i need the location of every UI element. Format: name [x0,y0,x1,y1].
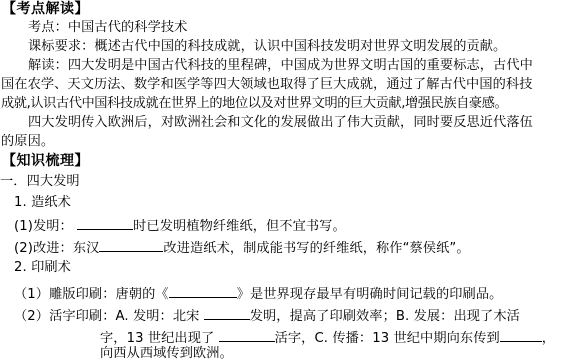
printing-q2-line1: （2）活字印刷：A. 发明：北宋 发明，提高了印刷效率；B. 发展：出现了木活 [14,306,520,325]
printing-q2-blank-1[interactable] [204,306,250,320]
interpretation-line-5: 的原因。 [1,134,54,150]
papermaking-q2-prefix: (2)改进：东汉 [14,241,99,256]
printing-q2-l2-prefix: 字，13 世纪出现了 [100,331,214,346]
printing-q2-l2-mid: 活字，C. 传播：13 世纪中期向东传到 [275,331,500,346]
curriculum-requirement-line: 课标要求：概述古代中国的科技成就，认识中国科技发明对世界文明发展的贡献。 [28,39,506,55]
item-papermaking-title: 1. 造纸术 [14,195,71,211]
papermaking-q2-blank[interactable] [99,238,163,252]
printing-q2-mid: 发明，提高了印刷效率；B. 发展：出现了木活 [250,309,520,324]
papermaking-q1: (1)发明： 时已发明植物纤维纸，但不宜书写。 [14,216,346,235]
interpretation-line-4: 四大发明传入欧洲后，对欧洲社会和文化的发展做出了伟大贡献，同时要反思近代落伍 [28,115,533,131]
printing-q2-line2: 字，13 世纪出现了 活字，C. 传播：13 世纪中期向东传到， [100,328,555,347]
printing-q1-prefix: （1）雕版印刷：唐朝的《 [14,287,169,302]
printing-q2-blank-3[interactable] [500,328,542,342]
interpretation-line-3: 成就,认识古代中国科技成就在世界上的地位以及对世界文明的巨大贡献,增强民族自豪感… [1,96,507,112]
printing-q2-l2-suffix: ， [542,331,555,346]
printing-q2-blank-2[interactable] [219,328,275,342]
printing-q1-blank[interactable] [169,284,237,298]
papermaking-q1-blank[interactable] [77,216,133,230]
heading-exam-points: 【考点解读】 [2,1,89,17]
printing-q2-prefix: （2）活字印刷：A. 发明：北宋 [14,309,199,324]
papermaking-q1-prefix: (1)发明： [14,219,73,234]
heading-knowledge-review: 【知识梳理】 [2,153,89,169]
item-printing-title: 2. 印刷术 [14,260,71,276]
exam-point-line: 考点：中国古代的科学技术 [28,20,187,36]
papermaking-q2-suffix: 改进造纸术，制成能书写的纤维纸，称作“蔡侯纸”。 [163,241,469,256]
printing-q1-suffix: 》是世界现存最早有明确时间记载的印刷品。 [237,287,503,302]
part-four-inventions: 一．四大发明 [0,174,80,190]
papermaking-q1-suffix: 时已发明植物纤维纸，但不宜书写。 [133,219,346,234]
printing-q1: （1）雕版印刷：唐朝的《》是世界现存最早有明确时间记载的印刷品。 [14,284,502,303]
papermaking-q2: (2)改进：东汉改进造纸术，制成能书写的纤维纸，称作“蔡侯纸”。 [14,238,470,257]
printing-q2-line3: 向西从西域传到欧洲。 [100,346,233,362]
interpretation-line-1: 解读：四大发明是中国古代科技的里程碑，中国成为世界文明古国的重要标志，古代中 [28,58,533,74]
interpretation-line-2: 国在农学、天文历法、数学和医学等四大领域也取得了巨大成就，通过了解古代中国的科技 [1,77,533,93]
